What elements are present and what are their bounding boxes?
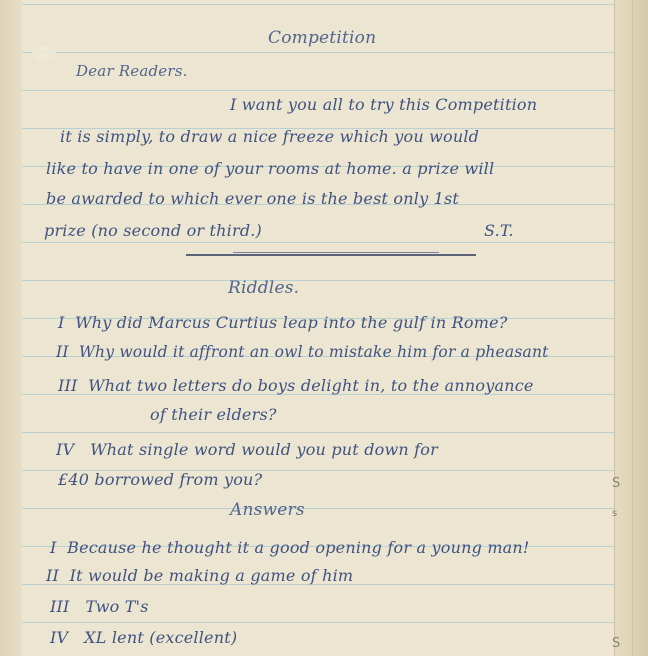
section-divider-inner [233,252,439,253]
right-page-edge [614,0,648,656]
binding-line [632,0,633,656]
riddle-numeral: I [58,313,65,332]
riddle-2: II Why would it affront an owl to mistak… [56,343,549,361]
competition-line-1: I want you all to try this Competition [230,95,537,114]
riddles-title: Riddles. [228,278,299,298]
competition-title: Competition [268,28,376,48]
riddle-numeral: IV [56,440,74,459]
answer-text: Two T's [85,597,148,616]
answer-2: II It would be making a game of him [46,566,353,585]
margin-mark: S [612,476,620,491]
competition-line-4: be awarded to which ever one is the best… [46,189,459,208]
competition-line-3: like to have in one of your rooms at hom… [46,159,494,178]
section-divider [186,254,476,256]
riddle-3-continuation: of their elders? [150,405,277,424]
riddle-4: IV What single word would you put down f… [56,440,438,459]
competition-line-2: it is simply, to draw a nice freeze whic… [60,127,479,146]
answers-title: Answers [230,500,305,520]
riddle-text: Why would it affront an owl to mistake h… [79,343,549,361]
riddle-3: III What two letters do boys delight in,… [58,376,534,395]
answer-4: IV XL lent (excellent) [50,628,237,647]
answer-numeral: I [50,538,57,557]
riddle-text: Why did Marcus Curtius leap into the gul… [75,313,507,332]
answer-numeral: II [46,566,59,585]
margin-mark: s [612,508,617,519]
riddle-text: What single word would you put down for [90,440,438,459]
riddle-1: I Why did Marcus Curtius leap into the g… [58,313,508,332]
answer-text: It would be making a game of him [70,566,354,585]
riddle-4-continuation: £40 borrowed from you? [58,470,262,489]
riddle-numeral: II [56,343,69,361]
paper-stain [32,46,56,60]
left-page-edge [0,0,23,656]
riddle-numeral: III [58,376,78,395]
answer-text: XL lent (excellent) [84,628,237,647]
margin-mark: S [612,636,620,651]
competition-line-5: prize (no second or third.) [44,221,262,240]
riddle-text: What two letters do boys delight in, to … [88,376,533,395]
answer-numeral: IV [50,628,68,647]
answer-3: III Two T's [50,597,149,616]
answer-text: Because he thought it a good opening for… [67,538,529,557]
answer-numeral: III [50,597,70,616]
answer-1: I Because he thought it a good opening f… [50,538,530,557]
signature: S.T. [484,221,514,240]
salutation: Dear Readers. [76,62,188,80]
